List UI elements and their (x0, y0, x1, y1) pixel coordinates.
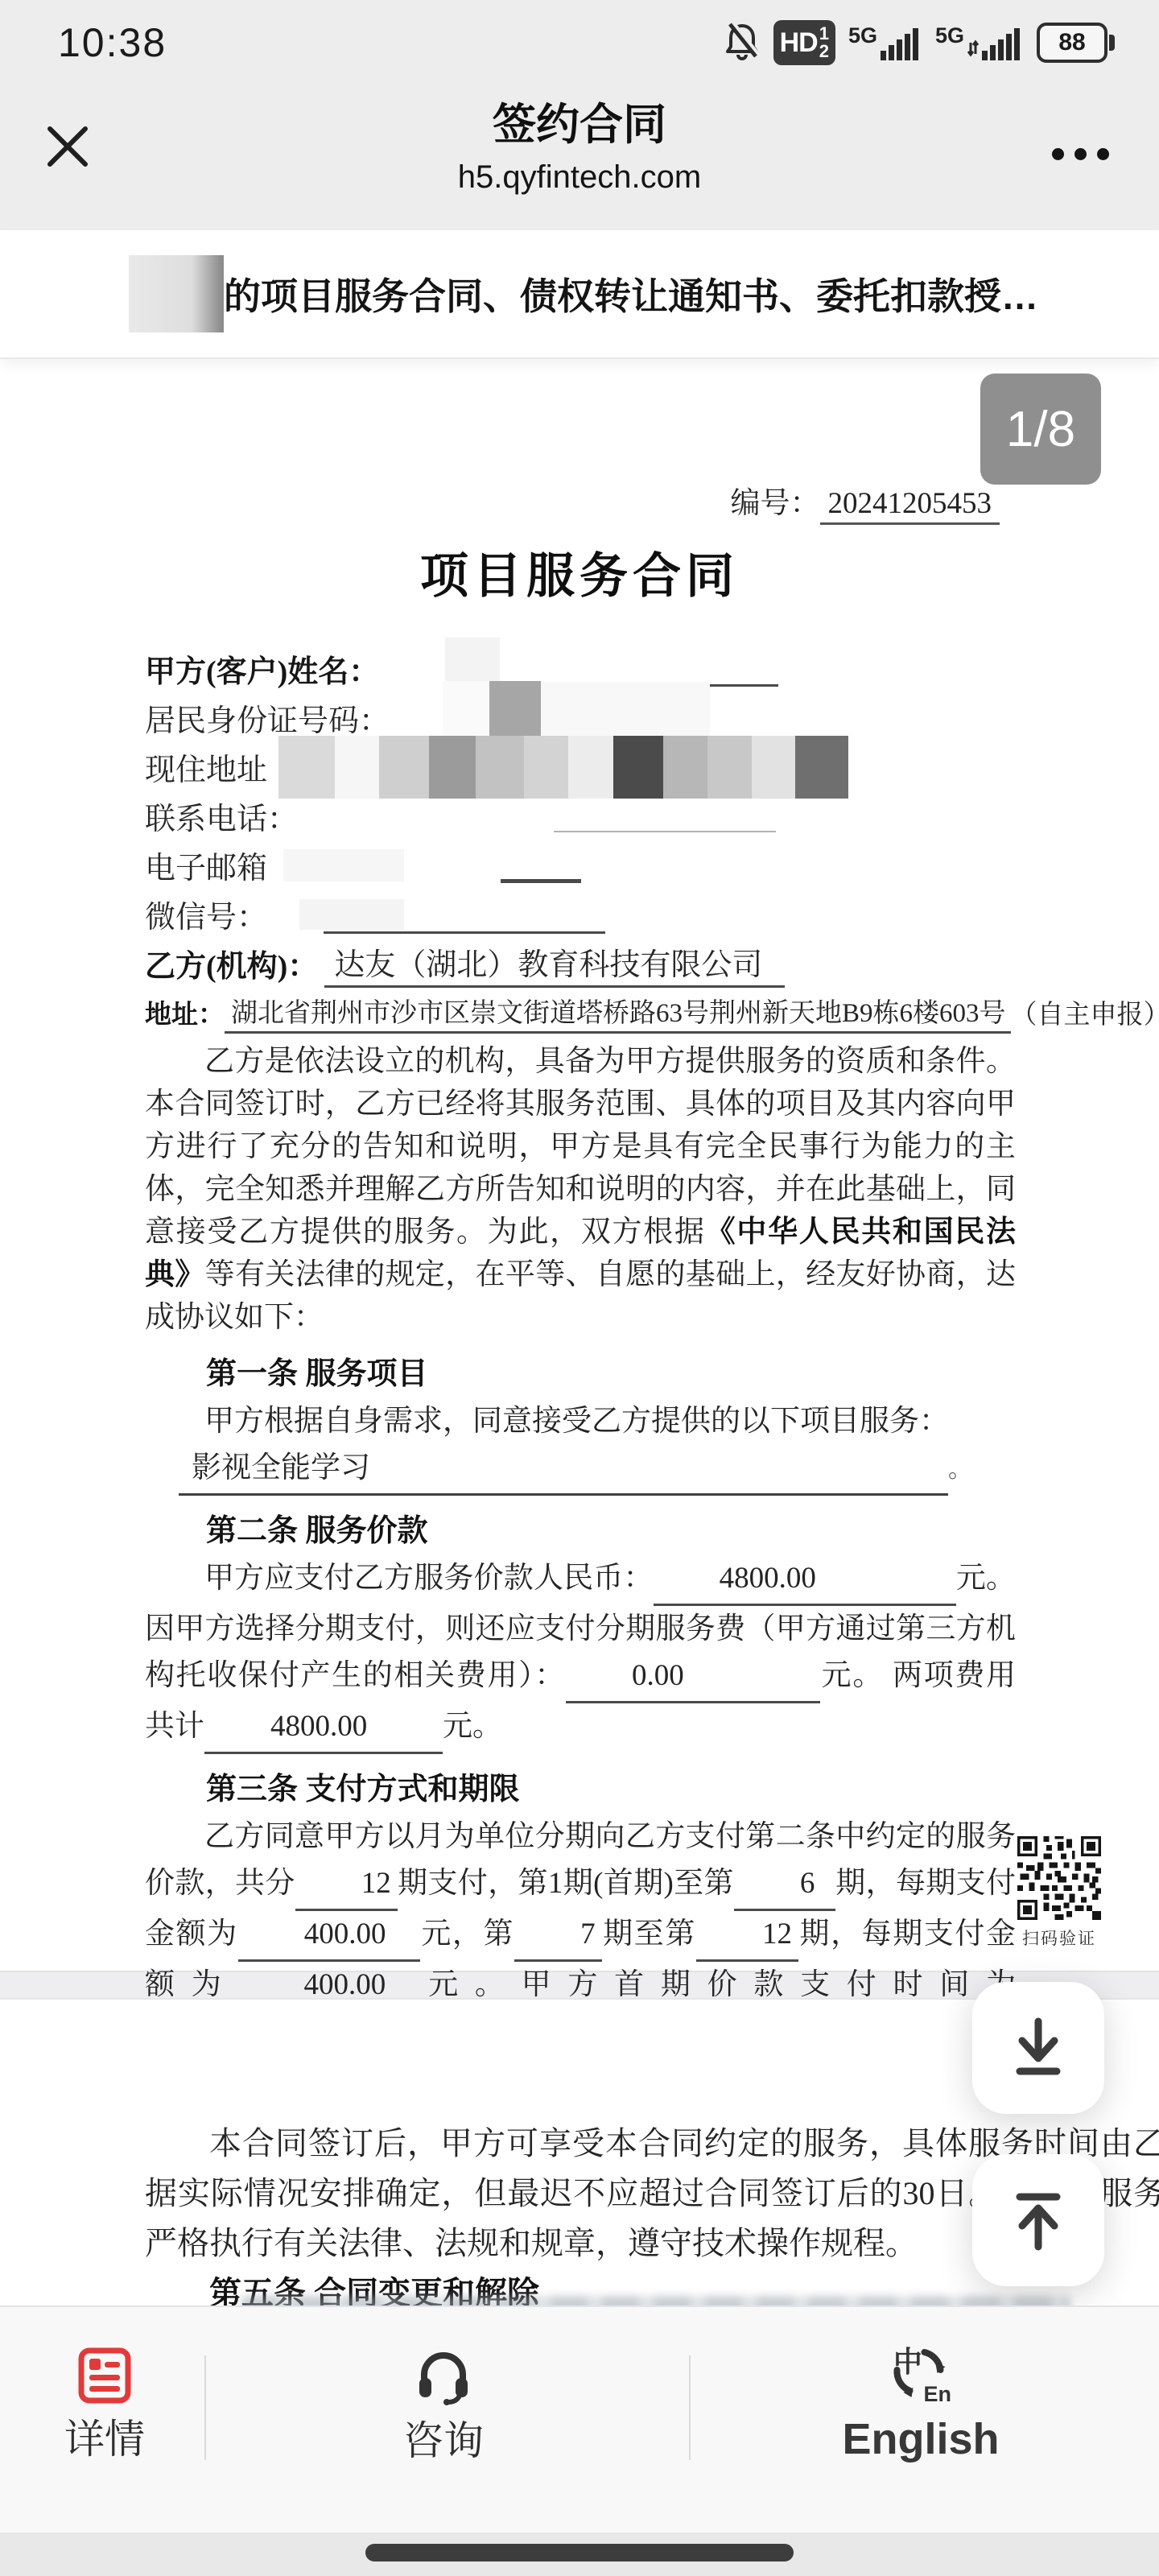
section-3-heading: 第三条 支付方式和期限 (145, 1765, 1016, 1814)
party-b-name: 达友（湖北）教育科技有限公司 (324, 939, 785, 988)
amount1-blank: 400.00 (238, 1911, 420, 1962)
nav-item-consult[interactable]: 咨询 (403, 2347, 484, 2463)
hd-voice-icon: HD 12 (773, 20, 835, 65)
section-1-text: 甲方根据自身需求，同意接受乙方提供的以下项目服务： (145, 1398, 1016, 1445)
redaction-strip (278, 736, 848, 799)
close-button[interactable] (42, 121, 93, 172)
page-url: h5.qyfintech.com (217, 155, 942, 200)
battery-level: 88 (1058, 29, 1085, 56)
nav-item-details[interactable]: 详情 (64, 2347, 145, 2462)
installment-fee-blank: 0.00 (566, 1653, 820, 1703)
signal-sim2-icon: 5G (935, 25, 1024, 60)
field-address: 现住地址 (145, 742, 1062, 791)
party-b-address: 湖北省荆州市沙市区崇文街道塔桥路63号荆州新天地B9栋6楼603号 (225, 992, 1011, 1034)
page-indicator-badge: 1/8 (980, 374, 1101, 485)
field-email: 电子邮箱 (145, 840, 1062, 890)
contract-intro: 乙方是依法设立的机构，具备为甲方提供服务的资质和条件。本合同签订时，乙方已经将其… (145, 1040, 1016, 1339)
header-title-block: 签约合同 h5.qyfintech.com (217, 98, 942, 200)
total-blank: 4800.00 (204, 1703, 443, 1754)
nav-divider (689, 2355, 691, 2460)
field-party-b: 乙方(机构)： 达友（湖北）教育科技有限公司 (145, 939, 1062, 988)
contract-page-1: 1/8 编号：20241205453 项目服务合同 甲方(客户)姓名： 居民身份… (0, 361, 1159, 1971)
arrow-up-icon (1004, 2186, 1073, 2255)
gesture-area (0, 2533, 1159, 2576)
section-1-heading: 第一条 服务项目 (145, 1350, 1016, 1398)
nav-label-details: 详情 (64, 2417, 145, 2462)
headset-icon (415, 2347, 472, 2405)
section-2-text: 甲方应支付乙方服务价款人民币：4800.00元。因甲方选择分期支付，则还应支付分… (145, 1555, 1016, 1754)
redacted-name-block (129, 255, 224, 332)
download-button[interactable] (972, 1982, 1104, 2114)
section-2-heading: 第二条 服务价款 (145, 1507, 1016, 1555)
nav-divider (204, 2355, 206, 2460)
signal-sim1-icon: 5G (848, 25, 922, 60)
translate-icon: 中 En (889, 2347, 953, 2404)
nav-label-language: English (842, 2417, 999, 2462)
bottom-nav: 详情 咨询 中 En (0, 2306, 1159, 2533)
party-a-fields: 甲方(客户)姓名： 居民身份证号码： 现住地址 (145, 644, 1062, 1037)
field-phone: 联系电话： (145, 791, 1062, 840)
webview-header: 签约合同 h5.qyfintech.com (0, 74, 1159, 230)
status-bar: 10:38 HD 12 5G (0, 0, 1159, 74)
download-icon (1004, 2013, 1073, 2083)
notifications-muted-icon (724, 21, 761, 65)
nav-label-consult: 咨询 (403, 2418, 484, 2463)
terms-blank: 12 (295, 1860, 398, 1911)
page-title: 签约合同 (217, 98, 942, 151)
home-indicator[interactable] (365, 2544, 794, 2562)
serial-number: 20241205453 (820, 486, 1000, 525)
service-name: 影视全能学习 (179, 1445, 948, 1496)
qr-code-icon (1017, 1836, 1101, 1920)
service-name-line: 影视全能学习。 (179, 1445, 1016, 1496)
document-title: 的项目服务合同、债权转让通知书、委托扣款授… (224, 267, 1038, 320)
battery-icon: 88 (1037, 23, 1107, 63)
field-wechat: 微信号： (145, 890, 1062, 939)
scroll-to-top-button[interactable] (972, 2154, 1104, 2286)
nav-item-language[interactable]: 中 En English (842, 2347, 999, 2462)
document-titlebar: 的项目服务合同、债权转让通知书、委托扣款授… (0, 230, 1159, 359)
status-time: 10:38 (58, 19, 167, 66)
qr-caption: 扫码验证 (1011, 1926, 1107, 1950)
field-party-b-address: 地址： 湖北省荆州市沙市区崇文街道塔桥路63号荆州新天地B9栋6楼603号 （自… (145, 988, 1062, 1037)
status-icons: HD 12 5G 5G (724, 20, 1107, 65)
details-doc-icon (78, 2347, 131, 2404)
verification-qr-block: 扫码验证 (1011, 1836, 1107, 1950)
more-menu-button[interactable] (1052, 148, 1109, 160)
price-blank: 4800.00 (654, 1555, 956, 1606)
phone-screen: 10:38 HD 12 5G (0, 0, 1159, 2576)
contract-title: 项目服务合同 (0, 538, 1159, 607)
